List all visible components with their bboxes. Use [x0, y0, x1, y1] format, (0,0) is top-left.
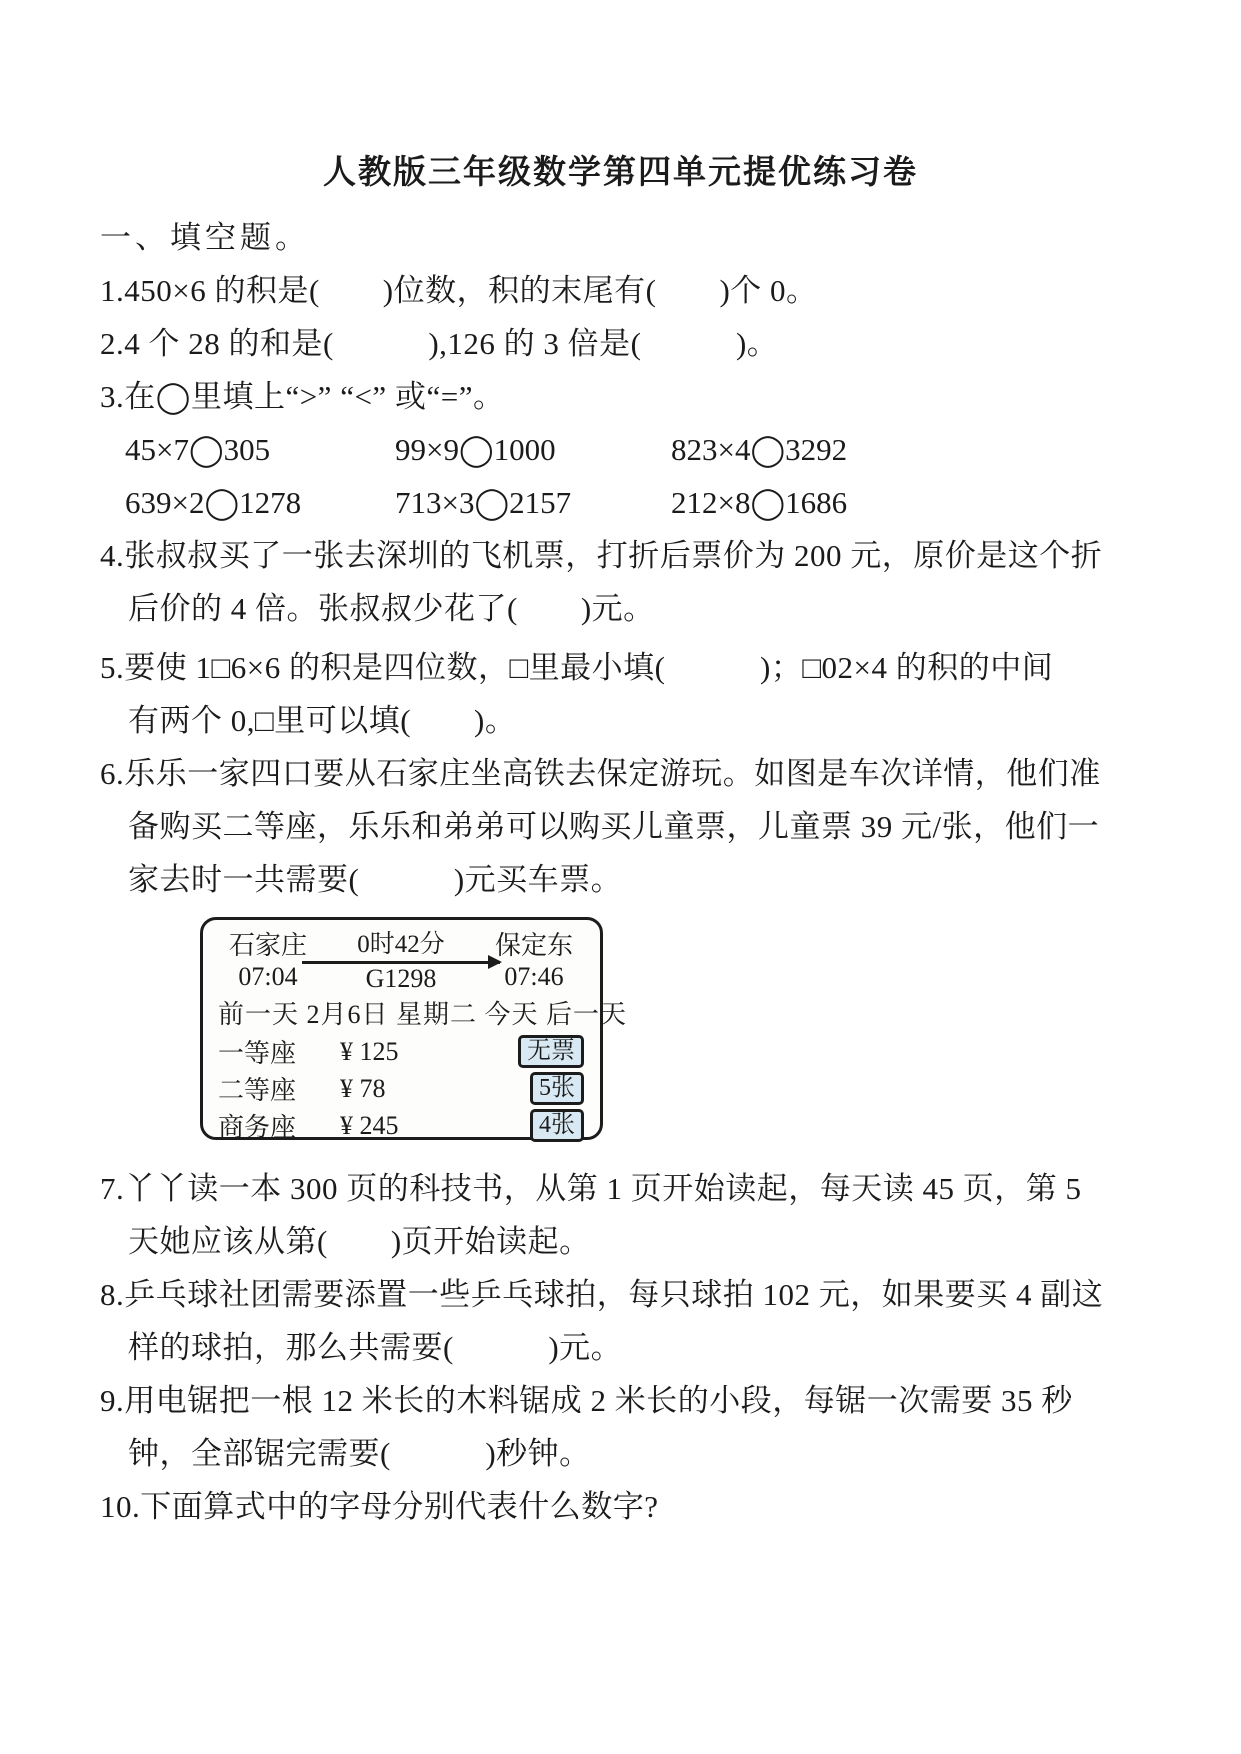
problem-4-line-1: 4.张叔叔买了一张去深圳的飞机票，打折后票价为 200 元，原价是这个折 — [100, 529, 1141, 582]
compare-expression: 45×7◯305 — [125, 423, 395, 476]
problem-10-line-1: 10.下面算式中的字母分别代表什么数字? — [100, 1480, 1141, 1533]
compare-expression: 99×9◯1000 — [395, 423, 671, 476]
problem-8: 8.乒乓球社团需要添置一些乒乓球拍，每只球拍 102 元，如果要买 4 副这 样… — [100, 1268, 1141, 1374]
train-number: G1298 — [366, 964, 437, 994]
page-title: 人教版三年级数学第四单元提优练习卷 — [100, 147, 1141, 199]
seat-price: ¥ 245 — [340, 1111, 530, 1141]
train-journey-row: 石家庄 07:04 0时42分 G1298 保定东 07:46 — [218, 930, 584, 994]
section-heading: 一、填空题。 — [100, 211, 1141, 264]
problem-4: 4.张叔叔买了一张去深圳的飞机票，打折后票价为 200 元，原价是这个折 后价的… — [100, 529, 1141, 635]
problem-8-line-2: 样的球拍，那么共需要( )元。 — [100, 1321, 1141, 1374]
problem-7: 7.丫丫读一本 300 页的科技书，从第 1 页开始读起，每天读 45 页，第 … — [100, 1162, 1141, 1268]
compare-row-1: 45×7◯305 99×9◯1000 823×4◯3292 — [100, 423, 1141, 476]
seat-price: ¥ 78 — [340, 1074, 530, 1104]
availability-badge: 4张 — [530, 1109, 584, 1142]
problem-7-line-1: 7.丫丫读一本 300 页的科技书，从第 1 页开始读起，每天读 45 页，第 … — [100, 1162, 1141, 1215]
problem-5-line-1: 5.要使 1□6×6 的积是四位数，□里最小填( )；□02×4 的积的中间 — [100, 641, 1141, 694]
worksheet-page: 人教版三年级数学第四单元提优练习卷 一、填空题。 1.450×6 的积是( )位… — [0, 0, 1241, 1754]
seat-price: ¥ 125 — [340, 1037, 518, 1067]
problem-1-line-1: 1.450×6 的积是( )位数，积的末尾有( )个 0。 — [100, 264, 1141, 317]
problem-9-line-2: 钟，全部锯完需要( )秒钟。 — [100, 1427, 1141, 1480]
problem-2: 2.4 个 28 的和是( ),126 的 3 倍是( )。 — [100, 317, 1141, 370]
compare-expression: 823×4◯3292 — [671, 423, 847, 476]
seat-class-label: 商务座 — [218, 1107, 340, 1144]
problem-7-line-2: 天她应该从第( )页开始读起。 — [100, 1215, 1141, 1268]
departure-station: 石家庄 — [229, 930, 307, 962]
travel-duration: 0时42分 — [357, 930, 445, 960]
arrival-station: 保定东 — [495, 930, 573, 962]
problem-4-line-2: 后价的 4 倍。张叔叔少花了( )元。 — [100, 582, 1141, 635]
duration-column: 0时42分 G1298 — [318, 930, 484, 994]
problem-5-line-2: 有两个 0,□里可以填( )。 — [100, 694, 1141, 747]
arrival-time: 07:46 — [504, 962, 563, 992]
seat-row-business-class: 商务座 ¥ 245 4张 — [218, 1109, 584, 1142]
seat-row-second-class: 二等座 ¥ 78 5张 — [218, 1072, 584, 1105]
seat-row-first-class: 一等座 ¥ 125 无票 — [218, 1035, 584, 1068]
problem-10: 10.下面算式中的字母分别代表什么数字? — [100, 1480, 1141, 1533]
problem-2-line-1: 2.4 个 28 的和是( ),126 的 3 倍是( )。 — [100, 317, 1141, 370]
problem-6-line-1: 6.乐乐一家四口要从石家庄坐高铁去保定游玩。如图是车次详情，他们准 — [100, 747, 1141, 800]
problem-6-line-3: 家去时一共需要( )元买车票。 — [100, 853, 1141, 906]
problem-3-line-1: 3.在◯里填上“>” “<” 或“=”。 — [100, 370, 1141, 423]
availability-badge: 5张 — [530, 1072, 584, 1105]
problem-3: 3.在◯里填上“>” “<” 或“=”。 45×7◯305 99×9◯1000 … — [100, 370, 1141, 529]
problem-9-line-1: 9.用电锯把一根 12 米长的木料锯成 2 米长的小段，每锯一次需要 35 秒 — [100, 1374, 1141, 1427]
train-info-card: 石家庄 07:04 0时42分 G1298 保定东 07:46 前一天 2月6日… — [200, 917, 603, 1140]
date-selector-row: 前一天 2月6日 星期二 今天 后一天 — [218, 999, 584, 1031]
arrow-right-icon — [302, 961, 500, 964]
problem-1: 1.450×6 的积是( )位数，积的末尾有( )个 0。 — [100, 264, 1141, 317]
problem-6-line-2: 备购买二等座，乐乐和弟弟可以购买儿童票，儿童票 39 元/张，他们一 — [100, 800, 1141, 853]
problem-8-line-1: 8.乒乓球社团需要添置一些乒乓球拍，每只球拍 102 元，如果要买 4 副这 — [100, 1268, 1141, 1321]
problem-5: 5.要使 1□6×6 的积是四位数，□里最小填( )；□02×4 的积的中间 有… — [100, 641, 1141, 747]
problem-9: 9.用电锯把一根 12 米长的木料锯成 2 米长的小段，每锯一次需要 35 秒 … — [100, 1374, 1141, 1480]
departure-time: 07:04 — [238, 962, 297, 992]
compare-expression: 713×3◯2157 — [395, 476, 671, 529]
compare-expression: 639×2◯1278 — [125, 476, 395, 529]
seat-class-label: 二等座 — [218, 1070, 340, 1107]
compare-row-2: 639×2◯1278 713×3◯2157 212×8◯1686 — [100, 476, 1141, 529]
problem-6: 6.乐乐一家四口要从石家庄坐高铁去保定游玩。如图是车次详情，他们准 备购买二等座… — [100, 747, 1141, 906]
compare-expression: 212×8◯1686 — [671, 476, 847, 529]
availability-badge: 无票 — [518, 1035, 584, 1068]
seat-class-label: 一等座 — [218, 1033, 340, 1070]
